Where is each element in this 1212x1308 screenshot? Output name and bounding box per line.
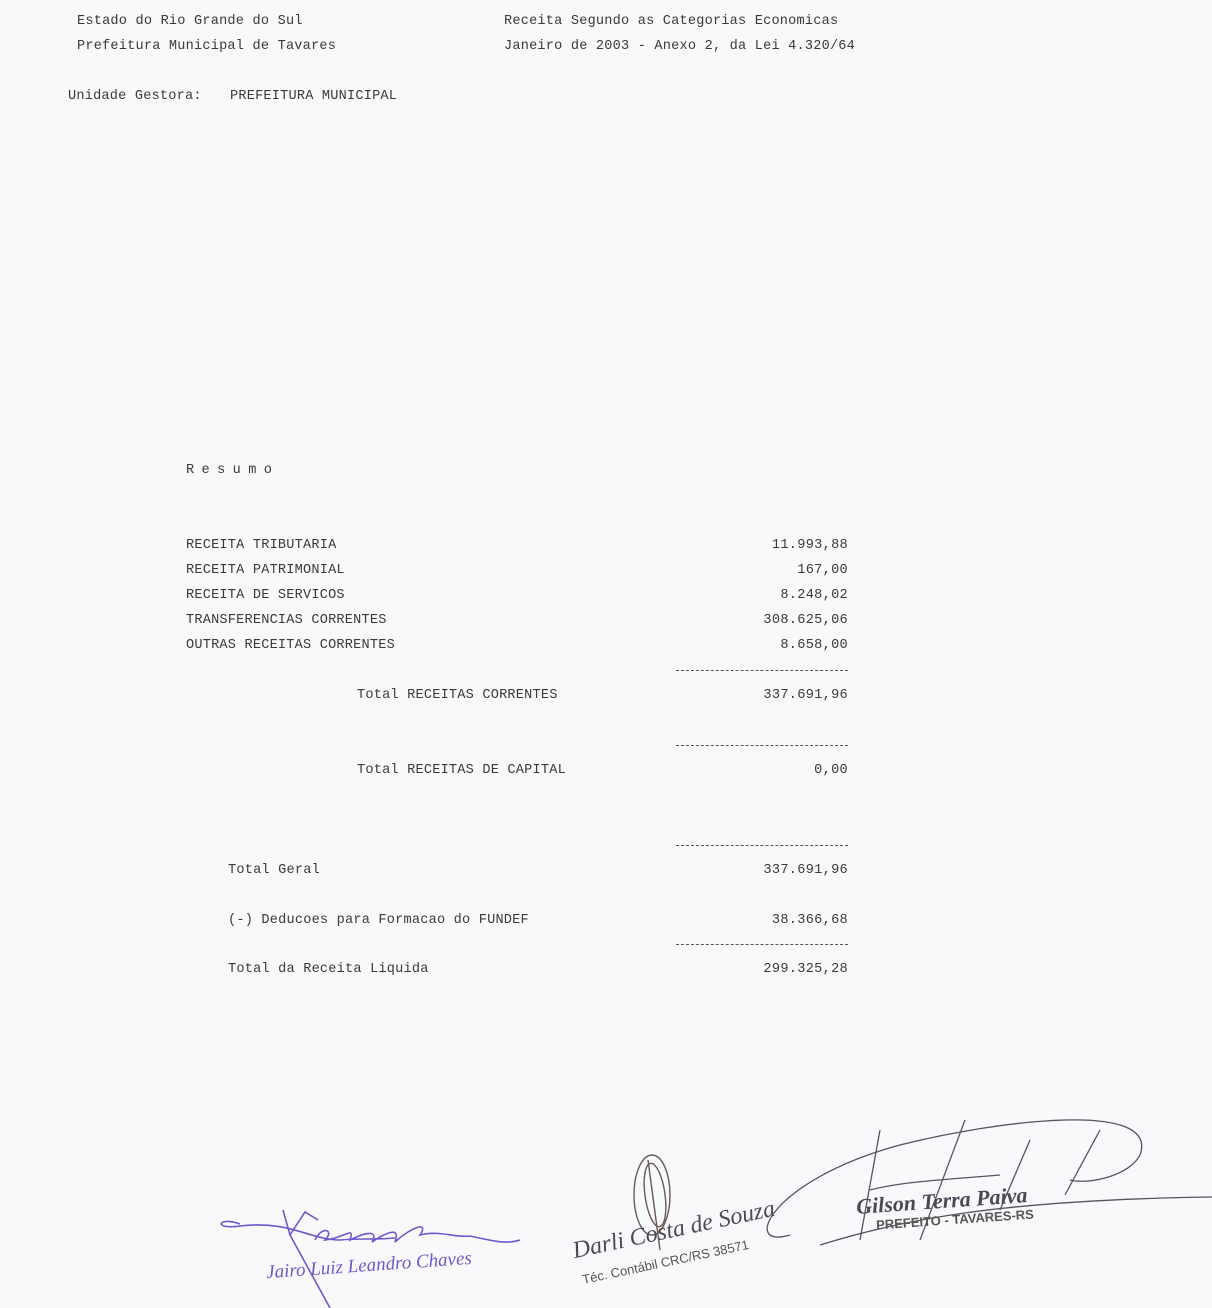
total-correntes-value: 337.691,96: [763, 688, 848, 704]
row-value: 167,00: [797, 563, 848, 579]
total-geral-label: Total Geral: [228, 863, 320, 879]
row-label: RECEITA TRIBUTARIA: [186, 538, 336, 554]
total-capital-label: Total RECEITAS DE CAPITAL: [357, 763, 566, 779]
row-value: 308.625,06: [763, 613, 848, 629]
header-municipality: Prefeitura Municipal de Tavares: [77, 39, 336, 55]
signature-gilson-strokes: [767, 1120, 1212, 1245]
receita-liquida-label: Total da Receita Liquida: [228, 962, 429, 978]
unidade-gestora-value: PREFEITURA MUNICIPAL: [230, 89, 397, 105]
row-value: 8.658,00: [780, 638, 848, 654]
row-value: 11.993,88: [772, 538, 848, 554]
subtotal-divider: [676, 670, 848, 671]
unidade-gestora-label: Unidade Gestora:: [68, 89, 202, 105]
receita-liquida-value: 299.325,28: [763, 962, 848, 978]
header-state: Estado do Rio Grande do Sul: [77, 14, 303, 30]
total-divider: [676, 845, 848, 846]
row-label: RECEITA DE SERVICOS: [186, 588, 345, 604]
row-label: OUTRAS RECEITAS CORRENTES: [186, 638, 395, 654]
total-capital-value: 0,00: [814, 763, 848, 779]
row-label: RECEITA PATRIMONIAL: [186, 563, 345, 579]
row-label: TRANSFERENCIAS CORRENTES: [186, 613, 387, 629]
deducoes-label: (-) Deducoes para Formacao do FUNDEF: [228, 913, 529, 929]
net-divider: [676, 944, 848, 945]
report-period: Janeiro de 2003 - Anexo 2, da Lei 4.320/…: [504, 39, 855, 55]
deducoes-value: 38.366,68: [772, 913, 848, 929]
subtotal-divider: [676, 745, 848, 746]
total-correntes-label: Total RECEITAS CORRENTES: [357, 688, 558, 704]
section-title: Resumo: [186, 463, 279, 479]
report-title: Receita Segundo as Categorias Economicas: [504, 14, 838, 30]
row-value: 8.248,02: [780, 588, 848, 604]
total-geral-value: 337.691,96: [763, 863, 848, 879]
